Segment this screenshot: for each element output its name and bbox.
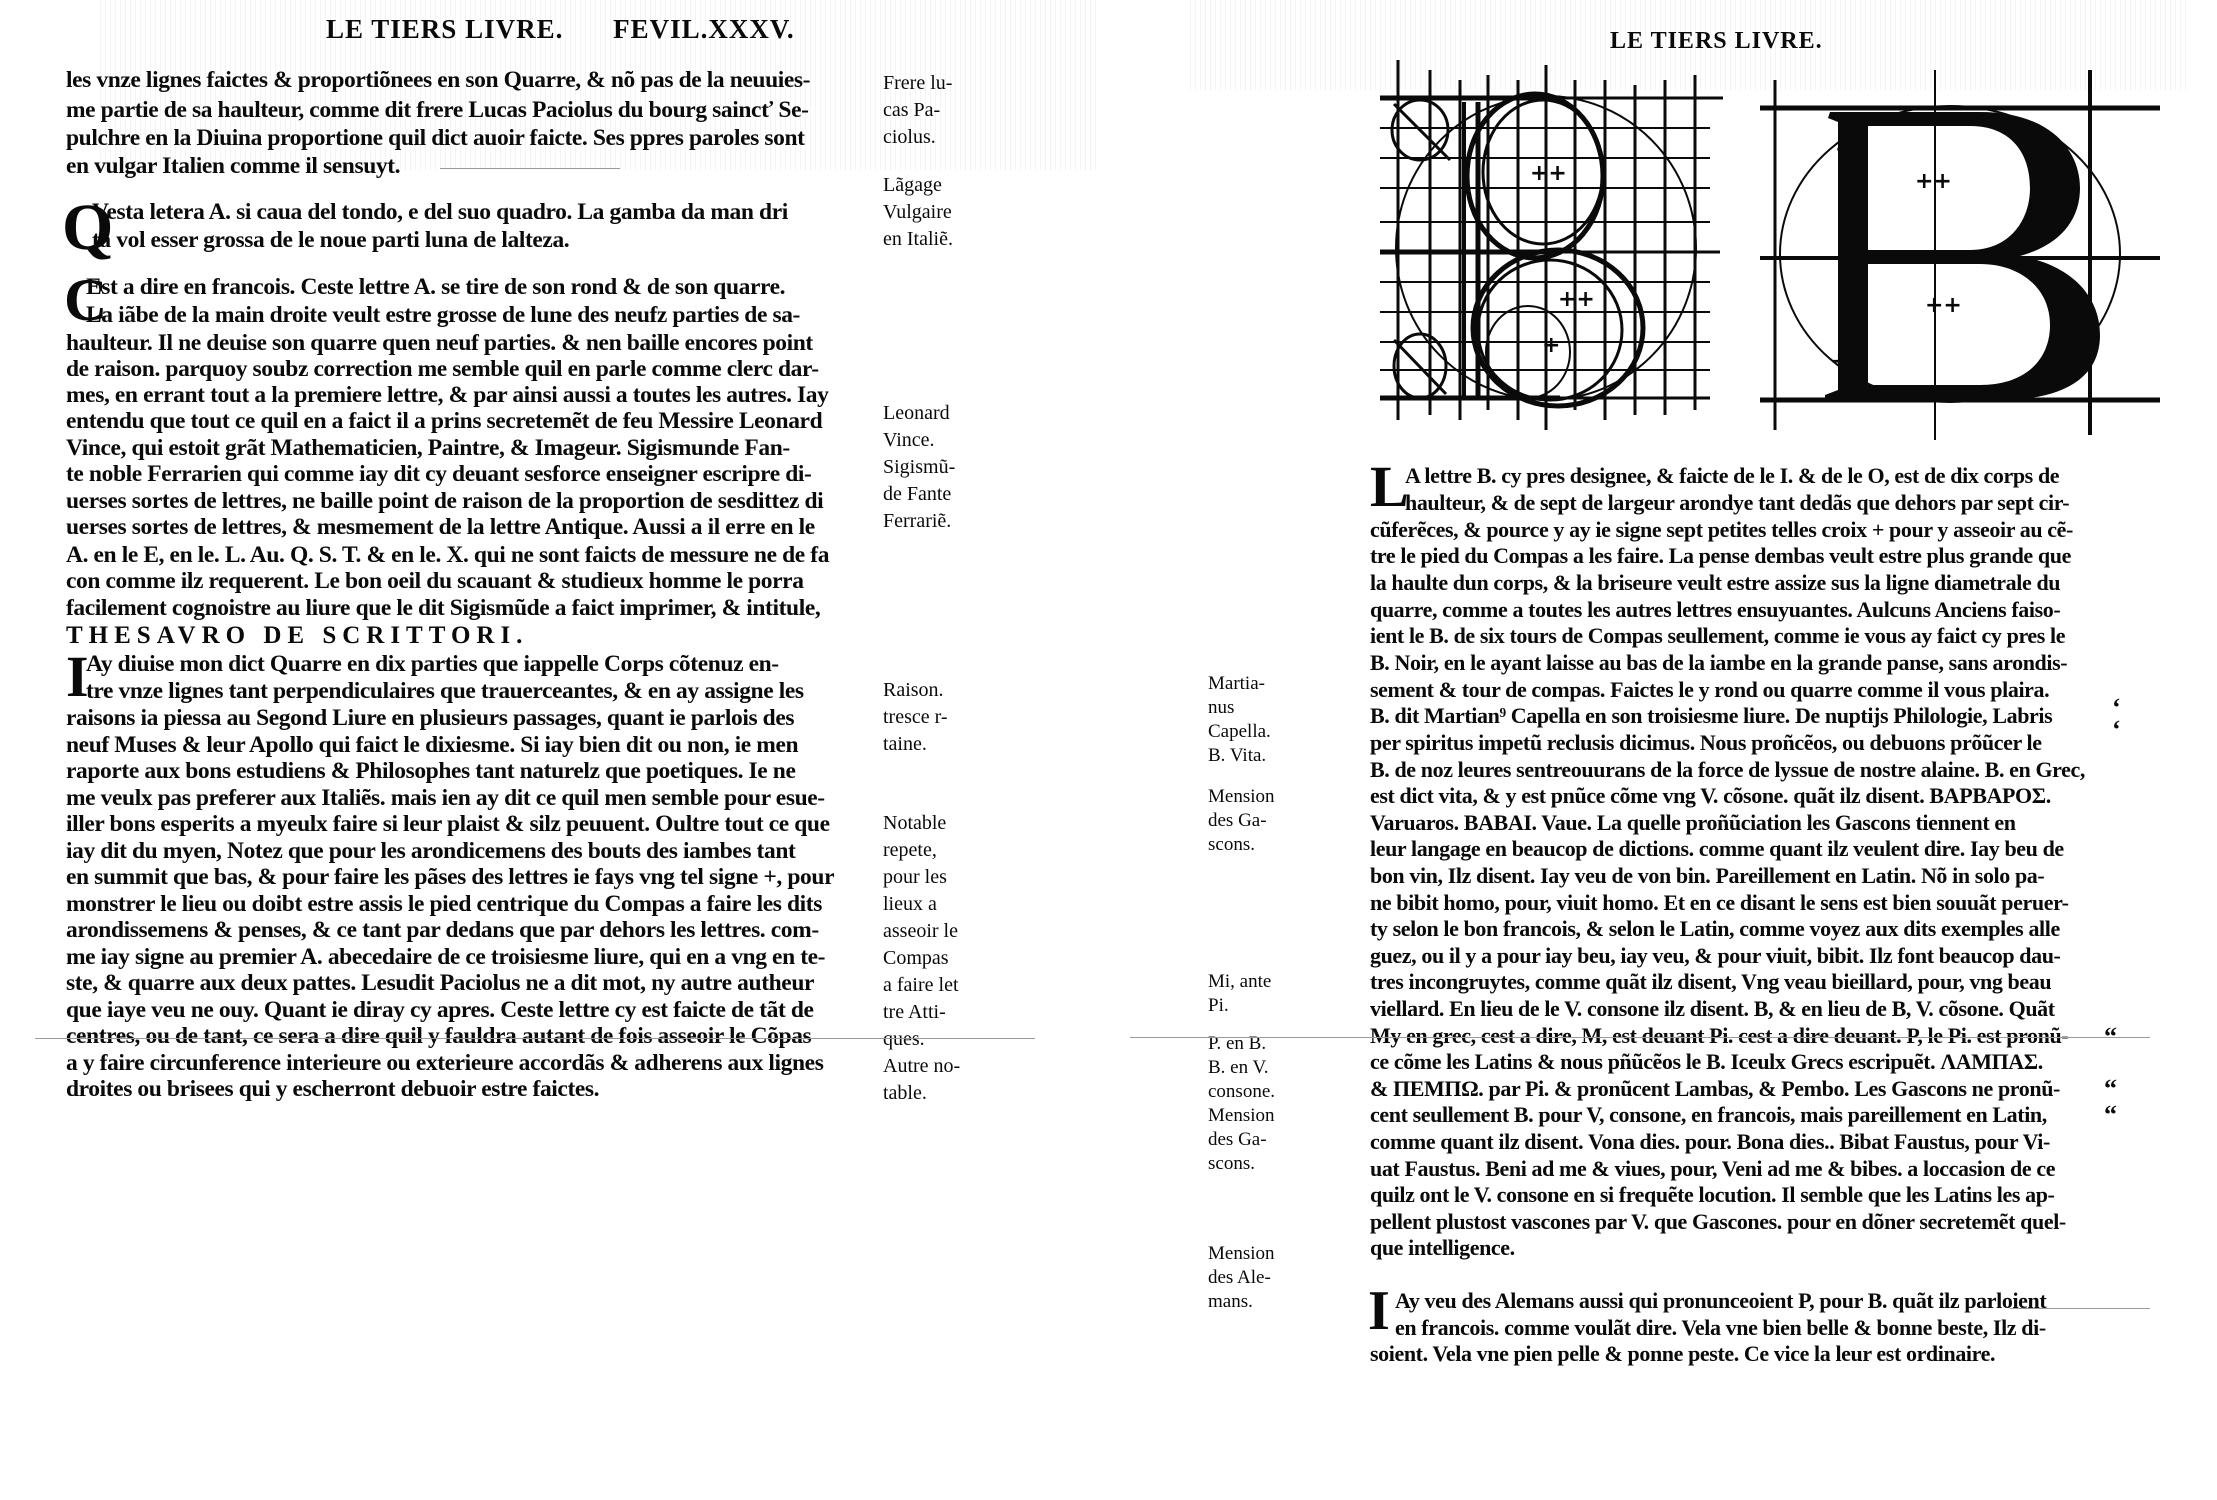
text-line: cent seullement B. pour V, consone, en f… xyxy=(1370,1101,2047,1129)
text-line: ty selon le bon francois, & selon le Lat… xyxy=(1370,915,2060,943)
left-page: LE TIERS LIVRE. FEVIL.XXXV. les vnze lig… xyxy=(0,0,1100,1500)
text-line: B. Noir, en le ayant laisse au bas de la… xyxy=(1370,649,2067,677)
right-page: LE TIERS LIVRE. xyxy=(1190,0,2217,1500)
text-line: Vince, qui estoit grãt Mathematicien, Pa… xyxy=(66,434,790,462)
text-line: droites ou brisees qui y escherront debu… xyxy=(66,1075,599,1103)
svg-text:+: + xyxy=(1542,333,1560,358)
margin-note-p-en-b: P. en B. B. en V. consone. Mension des G… xyxy=(1208,1032,1275,1176)
margin-note-mi-ante-pi: Mi, ante Pi. xyxy=(1208,970,1271,1018)
margin-note-langage: Lãgage Vulgaire en Italiẽ. xyxy=(883,172,953,253)
left-grid xyxy=(1380,60,1723,430)
dropcap: L xyxy=(1370,458,1409,516)
text-line: sement & tour de compas. Faictes le y ro… xyxy=(1370,676,2049,704)
scan-line xyxy=(35,1038,1035,1039)
text-line: comme quant ilz disent. Vona dies. pour.… xyxy=(1370,1128,2050,1156)
text-line: me partie de sa haulteur, comme dit frer… xyxy=(66,96,809,124)
scan-line xyxy=(2010,1308,2150,1309)
margin-note-paciolus: Frere lu- cas Pa- ciolus. xyxy=(883,70,952,151)
scan-line xyxy=(440,168,620,169)
text-line: ste, & quarre aux deux pattes. Lesudit P… xyxy=(66,969,814,997)
scan-line xyxy=(1130,1037,2150,1038)
text-line: arondissemens & penses, & ce tant par de… xyxy=(66,916,819,944)
text-line: mes, en errant tout a la premiere lettre… xyxy=(66,381,828,409)
text-line: tres incongruytes, comme quãt ilz disent… xyxy=(1370,968,2051,996)
svg-text:++: ++ xyxy=(1558,287,1595,312)
text-line: raporte aux bons estudiens & Philosophes… xyxy=(66,757,795,785)
text-line: per spiritus impetũ reclusis dicimus. No… xyxy=(1370,729,2042,757)
margin-note-raison: Raison. tresce r- taine. xyxy=(883,677,948,758)
text-line: soient. Vela vne pien pelle & ponne pest… xyxy=(1370,1340,1995,1368)
text-line: Est a dire en francois. Ceste lettre A. … xyxy=(86,273,785,301)
margin-note-notable: Notable repete, pour les lieux a asseoir… xyxy=(883,810,960,1107)
margin-note-gascons: Mension des Ga- scons. xyxy=(1208,785,1275,857)
text-line: te noble Ferrarien qui comme iay dit cy … xyxy=(66,460,811,488)
svg-text:++: ++ xyxy=(1915,169,1952,194)
book-title: THESAVRO DE SCRITTORI. xyxy=(66,622,528,650)
text-line: facilement cognoistre au liure que le di… xyxy=(66,594,820,622)
text-line: a y faire circunference interieure ou ex… xyxy=(66,1049,823,1077)
text-line: B. de noz leures sentreouurans de la for… xyxy=(1370,756,2085,784)
svg-text:++: ++ xyxy=(1530,161,1567,186)
text-line: Ay diuise mon dict Quarre en dix parties… xyxy=(86,650,779,678)
text-line: Ay veu des Alemans aussi qui pronunceoie… xyxy=(1395,1287,2046,1315)
margin-note-leonard: Leonard Vince. Sigismũ- de Fante Ferrari… xyxy=(883,400,955,535)
svg-text:+: + xyxy=(1835,137,1853,162)
text-line: me veulx pas preferer aux Italiẽs. mais … xyxy=(66,784,825,812)
text-line: pulchre en la Diuina proportione quil di… xyxy=(66,124,805,152)
text-line: uat Faustus. Beni ad me & viues, pour, V… xyxy=(1370,1155,2055,1183)
running-head-right: LE TIERS LIVRE. xyxy=(1610,28,1823,55)
text-line: que iaye veu ne ouy. Quant ie diray cy a… xyxy=(66,996,814,1024)
dropcap: I xyxy=(1368,1283,1390,1339)
folio: FEVIL.XXXV. xyxy=(613,14,795,44)
text-line: en summit que bas, & pour faire les pãse… xyxy=(66,863,834,891)
text-line: Varuaros. BABAI. Vaue. La quelle proñũci… xyxy=(1370,809,2016,837)
text-line: leur langage en beaucop de dictions. com… xyxy=(1370,835,2064,863)
text-line: entendu que tout ce quil en a faict il a… xyxy=(66,407,822,435)
text-line: haulteur, & de sept de largeur arondye t… xyxy=(1405,489,2069,517)
text-line: monstrer le lieu ou doibt estre assis le… xyxy=(66,890,822,918)
text-line: en francois. comme voulãt dire. Vela vne… xyxy=(1395,1314,2046,1342)
text-line: tre vnze lignes tant perpendiculaires qu… xyxy=(86,677,804,705)
text-line: guez, ou il y a pour iay beu, iay veu, &… xyxy=(1370,942,2060,970)
margin-note-martianus: Martia- nus Capella. B. Vita. xyxy=(1208,672,1271,768)
text-line: haulteur. Il ne deuise son quarre quen n… xyxy=(66,329,813,357)
text-line: uerses sortes de lettres, & mesmement de… xyxy=(66,513,815,541)
text-line: la haulte dun corps, & la briseure veult… xyxy=(1370,569,2060,597)
text-line: & ΠΕΜΠΩ. par Pi. & pronũcent Lambas, & P… xyxy=(1370,1075,2060,1103)
text-line: en vulgar Italien comme il sensuyt. xyxy=(66,152,400,180)
text-line: raisons ia piessa au Segond Liure en plu… xyxy=(66,704,794,732)
text-line: La iãbe de la main droite veult estre gr… xyxy=(86,301,800,329)
text-line: A lettre B. cy pres designee, & faicte d… xyxy=(1405,462,2059,490)
svg-text:++: ++ xyxy=(1925,293,1962,318)
text-line: est dict vita, & y est pnũce cõme vng V.… xyxy=(1370,782,2051,810)
letter-b-construction-figure: ++ ++ + + ++ ++ + xyxy=(1380,60,2160,440)
text-line: centres, ou de tant, ce sera a dire quil… xyxy=(66,1022,811,1050)
text-line: les vnze lignes faictes & proportiõnees … xyxy=(66,66,810,94)
text-line: me iay signe au premier A. abecedaire de… xyxy=(66,943,825,971)
text-line: My en grec, cest a dire, M, est deuant P… xyxy=(1370,1022,2068,1050)
text-line: de raison. parquoy soubz correction me s… xyxy=(66,355,819,383)
text-line: pellent plustost vascones par V. que Gas… xyxy=(1370,1208,2066,1236)
text-line: iay dit du myen, Notez que pour les aron… xyxy=(66,837,795,865)
edge-mark: “ xyxy=(2104,1100,2117,1130)
svg-text:+: + xyxy=(1830,349,1848,374)
running-head-left: LE TIERS LIVRE. FEVIL.XXXV. xyxy=(326,14,795,45)
text-line: bon vin, Ilz disent. Iay veu de von bin.… xyxy=(1370,862,2044,890)
text-line: neuf Muses & leur Apollo qui faict le di… xyxy=(66,731,798,759)
text-line: ne bibit homo, pour, viuit homo. Et en c… xyxy=(1370,889,2069,917)
text-line: iller bons esperits a myeulx faire si le… xyxy=(66,810,830,838)
text-line: ient le B. de six tours de Compas seulle… xyxy=(1370,622,2065,650)
text-line: ce cõme les Latins & nous pñũcẽos le B. … xyxy=(1370,1048,2043,1076)
text-line: quilz ont le V. consone en si frequẽte l… xyxy=(1370,1181,2054,1209)
text-line: ta vol esser grossa de le noue parti lun… xyxy=(92,226,569,254)
margin-note-alemans: Mension des Ale- mans. xyxy=(1208,1242,1275,1314)
text-line: cũferẽces, & pource y ay ie signe sept p… xyxy=(1370,516,2073,544)
edge-mark: ‘ xyxy=(2112,715,2121,745)
text-line: quarre, comme a toutes les autres lettre… xyxy=(1370,596,2060,624)
text-line: B. dit Martian⁹ Capella en son troisiesm… xyxy=(1370,702,2052,730)
text-line: Vesta letera A. si caua del tondo, e del… xyxy=(92,198,788,226)
text-line: A. en le E, en le. L. Au. Q. S. T. & en … xyxy=(66,541,829,569)
text-line: viellard. En lieu de le V. consone ilz d… xyxy=(1370,995,2055,1023)
text-line: tre le pied du Compas a les faire. La pe… xyxy=(1370,542,2071,570)
text-line: que intelligence. xyxy=(1370,1234,1515,1262)
text-line: uerses sortes de lettres, ne baille poin… xyxy=(66,487,823,515)
text-line: con comme ilz requerent. Le bon oeil du … xyxy=(66,567,804,595)
